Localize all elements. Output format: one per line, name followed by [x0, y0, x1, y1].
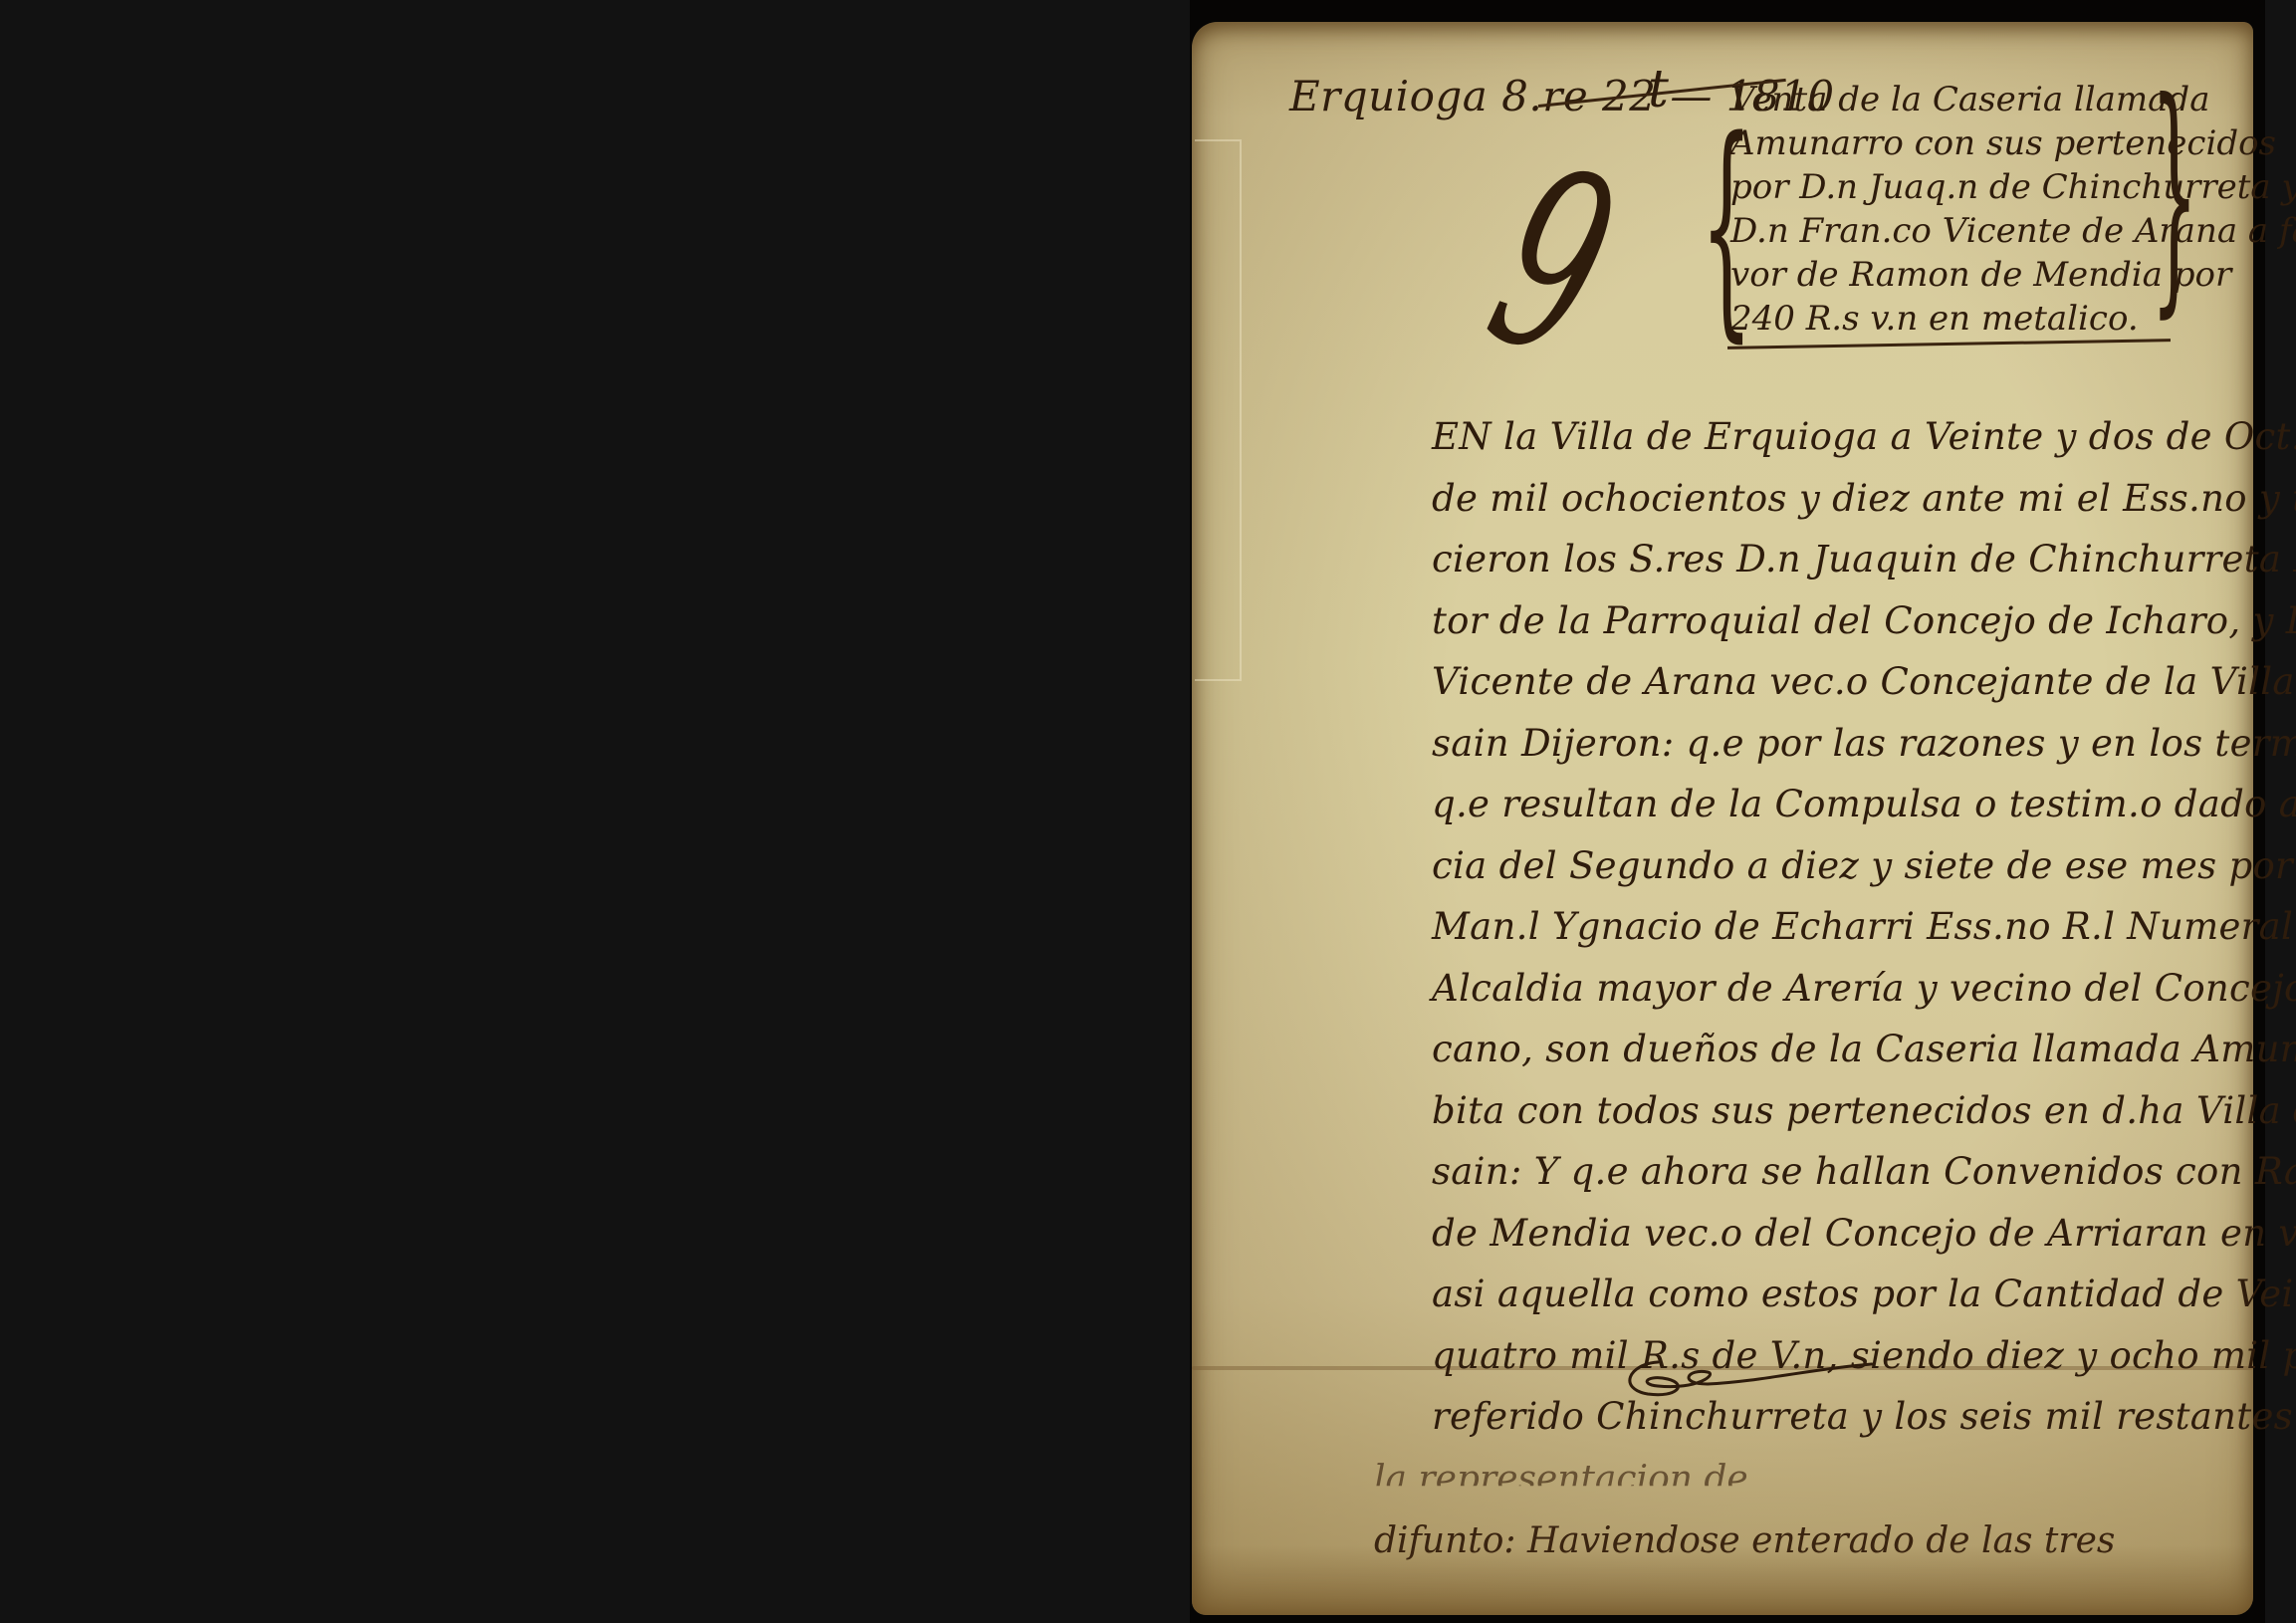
body-text: EN la Villa de Erquioga a Veinte y dos d… — [1432, 406, 2238, 1448]
body-line: de Mendia vec.o del Concejo de Arriaran … — [1432, 1203, 2238, 1265]
body-line: cia del Segundo a diez y siete de ese me… — [1432, 835, 2238, 897]
footer-line: la representacion de ... — [1374, 1449, 2115, 1510]
body-line: EN la Villa de Erquioga a Veinte y dos d… — [1432, 406, 2238, 468]
summary-box: Venta de la Caseria llamada Amunarro con… — [1730, 78, 2188, 341]
body-line: cano, son dueños de la Caseria llamada A… — [1432, 1019, 2238, 1080]
summary-line: 240 R.s v.n en metalico. — [1730, 297, 2188, 341]
body-line: asi aquella como estos por la Cantidad d… — [1432, 1264, 2238, 1325]
body-line: cieron los S.res D.n Juaquin de Chinchur… — [1432, 529, 2238, 590]
summary-line: Venta de la Caseria llamada — [1730, 78, 2188, 121]
page-fold-tab — [1195, 139, 1242, 681]
summary-line: D.n Fran.co Vicente de Arana a fa- — [1730, 209, 2188, 253]
summary-line: Amunarro con sus pertenecidos — [1730, 121, 2188, 165]
summary-line: vor de Ramon de Mendia por — [1730, 253, 2188, 297]
body-line: de mil ochocientos y diez ante mi el Ess… — [1432, 468, 2238, 530]
margin-mark: t — [1648, 60, 1669, 119]
body-line: q.e resultan de la Compulsa o testim.o d… — [1432, 774, 2238, 835]
summary-line: por D.n Juaq.n de Chinchurreta y — [1730, 165, 2188, 209]
body-line: tor de la Parroquial del Concejo de Icha… — [1432, 590, 2238, 652]
body-line: sain Dijeron: q.e por las razones y en l… — [1432, 713, 2238, 775]
body-line: bita con todos sus pertenecidos en d.ha … — [1432, 1080, 2238, 1142]
body-line: Man.l Ygnacio de Echarri Ess.no R.l Nume… — [1432, 896, 2238, 958]
body-line: sain: Y q.e ahora se hallan Convenidos c… — [1432, 1141, 2238, 1203]
flourish-icon — [1618, 1354, 1877, 1404]
body-line: Alcaldia mayor de Arería y vecino del Co… — [1432, 958, 2238, 1020]
next-page-text: la representacion de ... difunto: Havien… — [1374, 1449, 2115, 1572]
footer-line: difunto: Haviendose enterado de las tres — [1374, 1510, 2115, 1572]
body-line: Vicente de Arana vec.o Concejante de la … — [1432, 651, 2238, 713]
